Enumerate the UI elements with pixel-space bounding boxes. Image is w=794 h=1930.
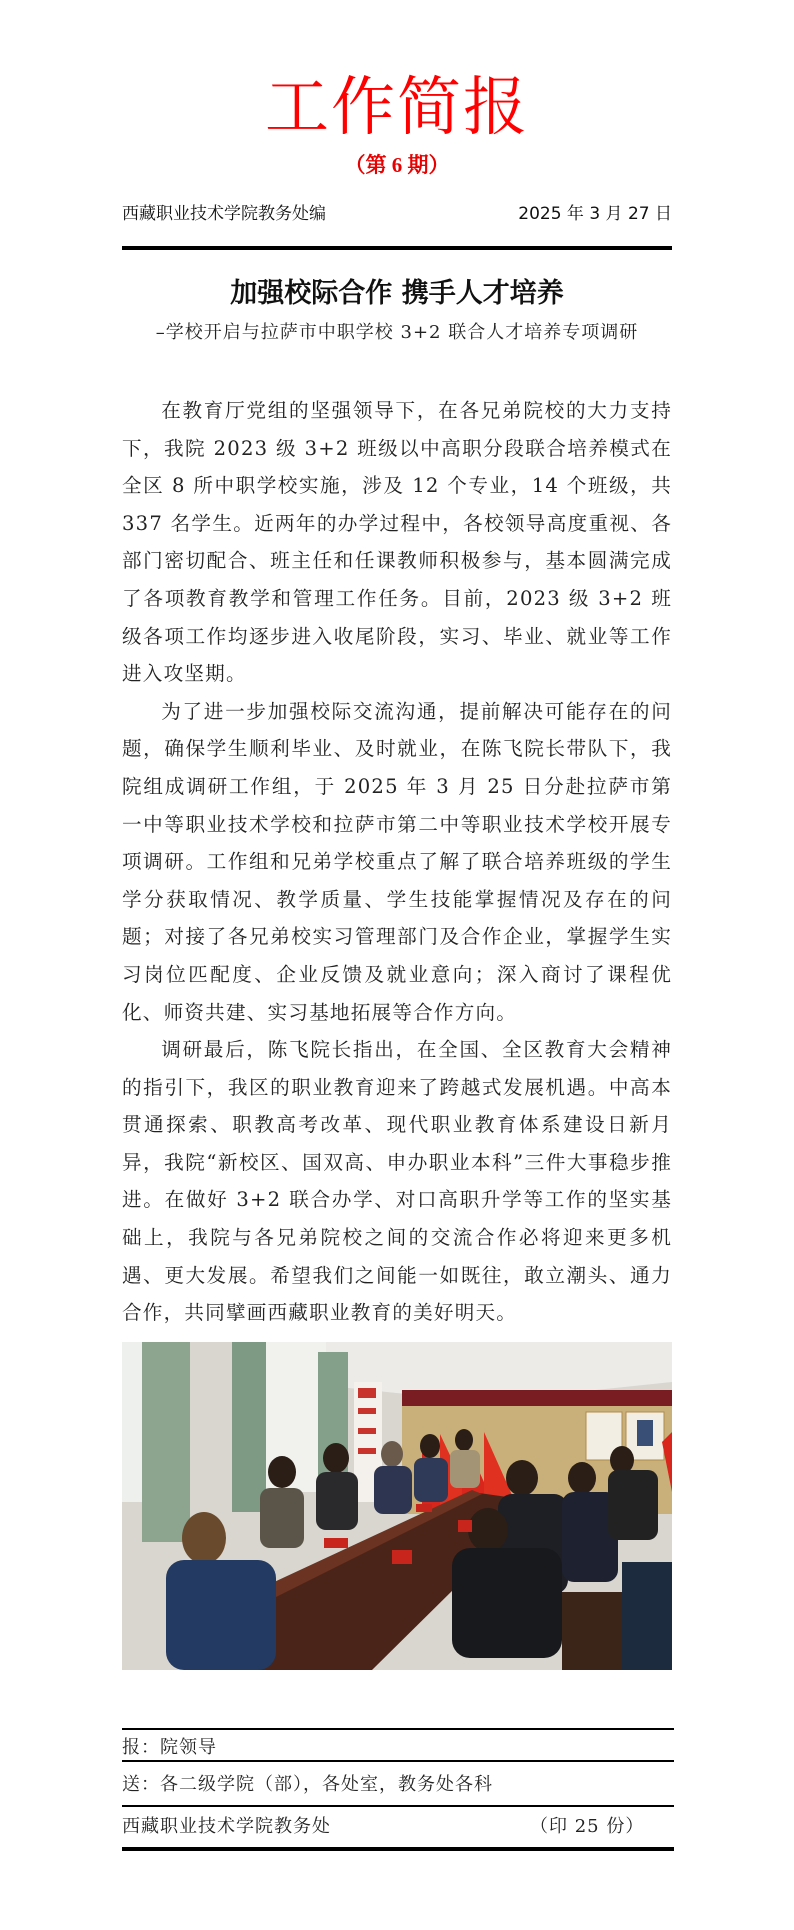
masthead-divider — [122, 246, 672, 250]
publisher: 西藏职业技术学院教务处编 — [122, 199, 326, 224]
masthead-meta: 西藏职业技术学院教务处编 2025 年 3 月 27 日 — [122, 196, 672, 226]
meeting-photo-image — [122, 1342, 672, 1670]
article-subheadline: –学校开启与拉萨市中职学校 3+2 联合人才培养专项调研 — [0, 318, 794, 348]
meeting-photo — [122, 1342, 672, 1670]
footer-issuer-line: 西藏职业技术学院教务处 （印 25 份） — [122, 1810, 674, 1840]
footer-rule-bottom — [122, 1847, 674, 1851]
masthead-title: 工作简报 — [0, 68, 794, 148]
paragraph: 在教育厅党组的坚强领导下，在各兄弟院校的大力支持下，我院 2023 级 3+2 … — [122, 392, 672, 693]
footer-rule-top — [122, 1728, 674, 1730]
publish-date: 2025 年 3 月 27 日 — [518, 199, 672, 224]
issue-number: （第 6 期） — [0, 150, 794, 180]
footer-rule — [122, 1805, 674, 1807]
paragraph: 调研最后，陈飞院长指出，在全国、全区教育大会精神的指引下，我区的职业教育迎来了跨… — [122, 1031, 672, 1332]
article-body: 在教育厅党组的坚强领导下，在各兄弟院校的大力支持下，我院 2023 级 3+2 … — [122, 392, 672, 1332]
article-headline: 加强校际合作 携手人才培养 — [0, 274, 794, 314]
footer-issuer: 西藏职业技术学院教务处 — [122, 1812, 331, 1838]
footer-copies: （印 25 份） — [530, 1812, 644, 1838]
footer-report-to: 报：院领导 — [122, 1731, 674, 1761]
paragraph: 为了进一步加强校际交流沟通，提前解决可能存在的问题，确保学生顺利毕业、及时就业，… — [122, 693, 672, 1031]
footer-rule — [122, 1760, 674, 1762]
footer-send-to: 送：各二级学院（部），各处室，教务处各科 — [122, 1768, 674, 1798]
